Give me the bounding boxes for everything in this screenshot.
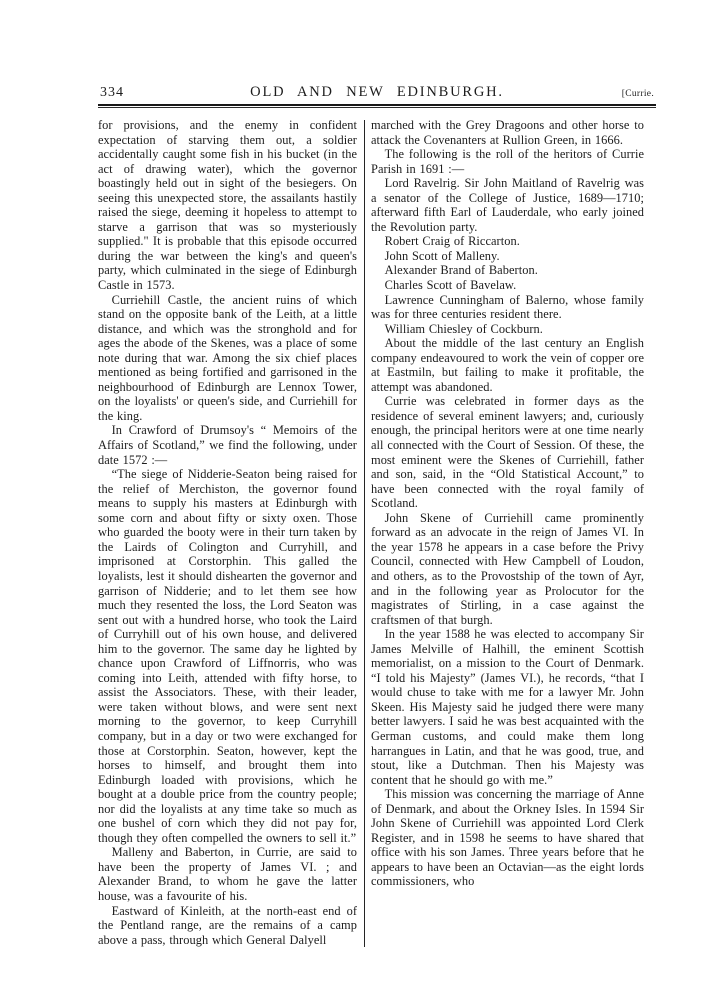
paragraph: In the year 1588 he was elected to accom… <box>371 627 644 787</box>
paragraph: The following is the roll of the heritor… <box>371 147 644 176</box>
paragraph: Eastward of Kinleith, at the north-east … <box>98 904 357 948</box>
page-number: 334 <box>100 85 190 101</box>
left-column: for provisions, and the enemy in confide… <box>98 118 357 947</box>
paragraph: About the middle of the last century an … <box>371 336 644 394</box>
page-header: 334 OLD AND NEW EDINBURGH. [Currie. <box>98 84 656 104</box>
paragraph: marched with the Grey Dragoons and other… <box>371 118 644 147</box>
paragraph: John Scott of Malleny. <box>371 249 644 264</box>
paragraph: Lord Ravelrig. Sir John Maitland of Rave… <box>371 176 644 234</box>
paragraph: Currie was celebrated in former days as … <box>371 394 644 510</box>
paragraph: Curriehill Castle, the ancient ruins of … <box>98 293 357 424</box>
chapter-marker: [Currie. <box>564 89 654 99</box>
text-columns: for provisions, and the enemy in confide… <box>98 112 656 947</box>
paragraph: William Chiesley of Cockburn. <box>371 322 644 337</box>
running-title: OLD AND NEW EDINBURGH. <box>190 84 564 101</box>
paragraph: Robert Craig of Riccarton. <box>371 234 644 249</box>
paragraph: for provisions, and the enemy in confide… <box>98 118 357 293</box>
book-page: 334 OLD AND NEW EDINBURGH. [Currie. for … <box>98 84 656 947</box>
paragraph: John Skene of Curriehill came prominentl… <box>371 511 644 627</box>
paragraph: Alexander Brand of Baberton. <box>371 263 644 278</box>
paragraph: Malleny and Baberton, in Currie, are sai… <box>98 845 357 903</box>
paragraph: Charles Scott of Bavelaw. <box>371 278 644 293</box>
header-rule <box>98 104 656 108</box>
paragraph: Lawrence Cunningham of Balerno, whose fa… <box>371 293 644 322</box>
paragraph: In Crawford of Drumsoy's “ Memoirs of th… <box>98 423 357 467</box>
paragraph: “The siege of Nidderie-Seaton being rais… <box>98 467 357 845</box>
column-gap <box>357 118 364 947</box>
right-column: marched with the Grey Dragoons and other… <box>371 118 644 947</box>
paragraph: This mission was concerning the marriage… <box>371 787 644 889</box>
